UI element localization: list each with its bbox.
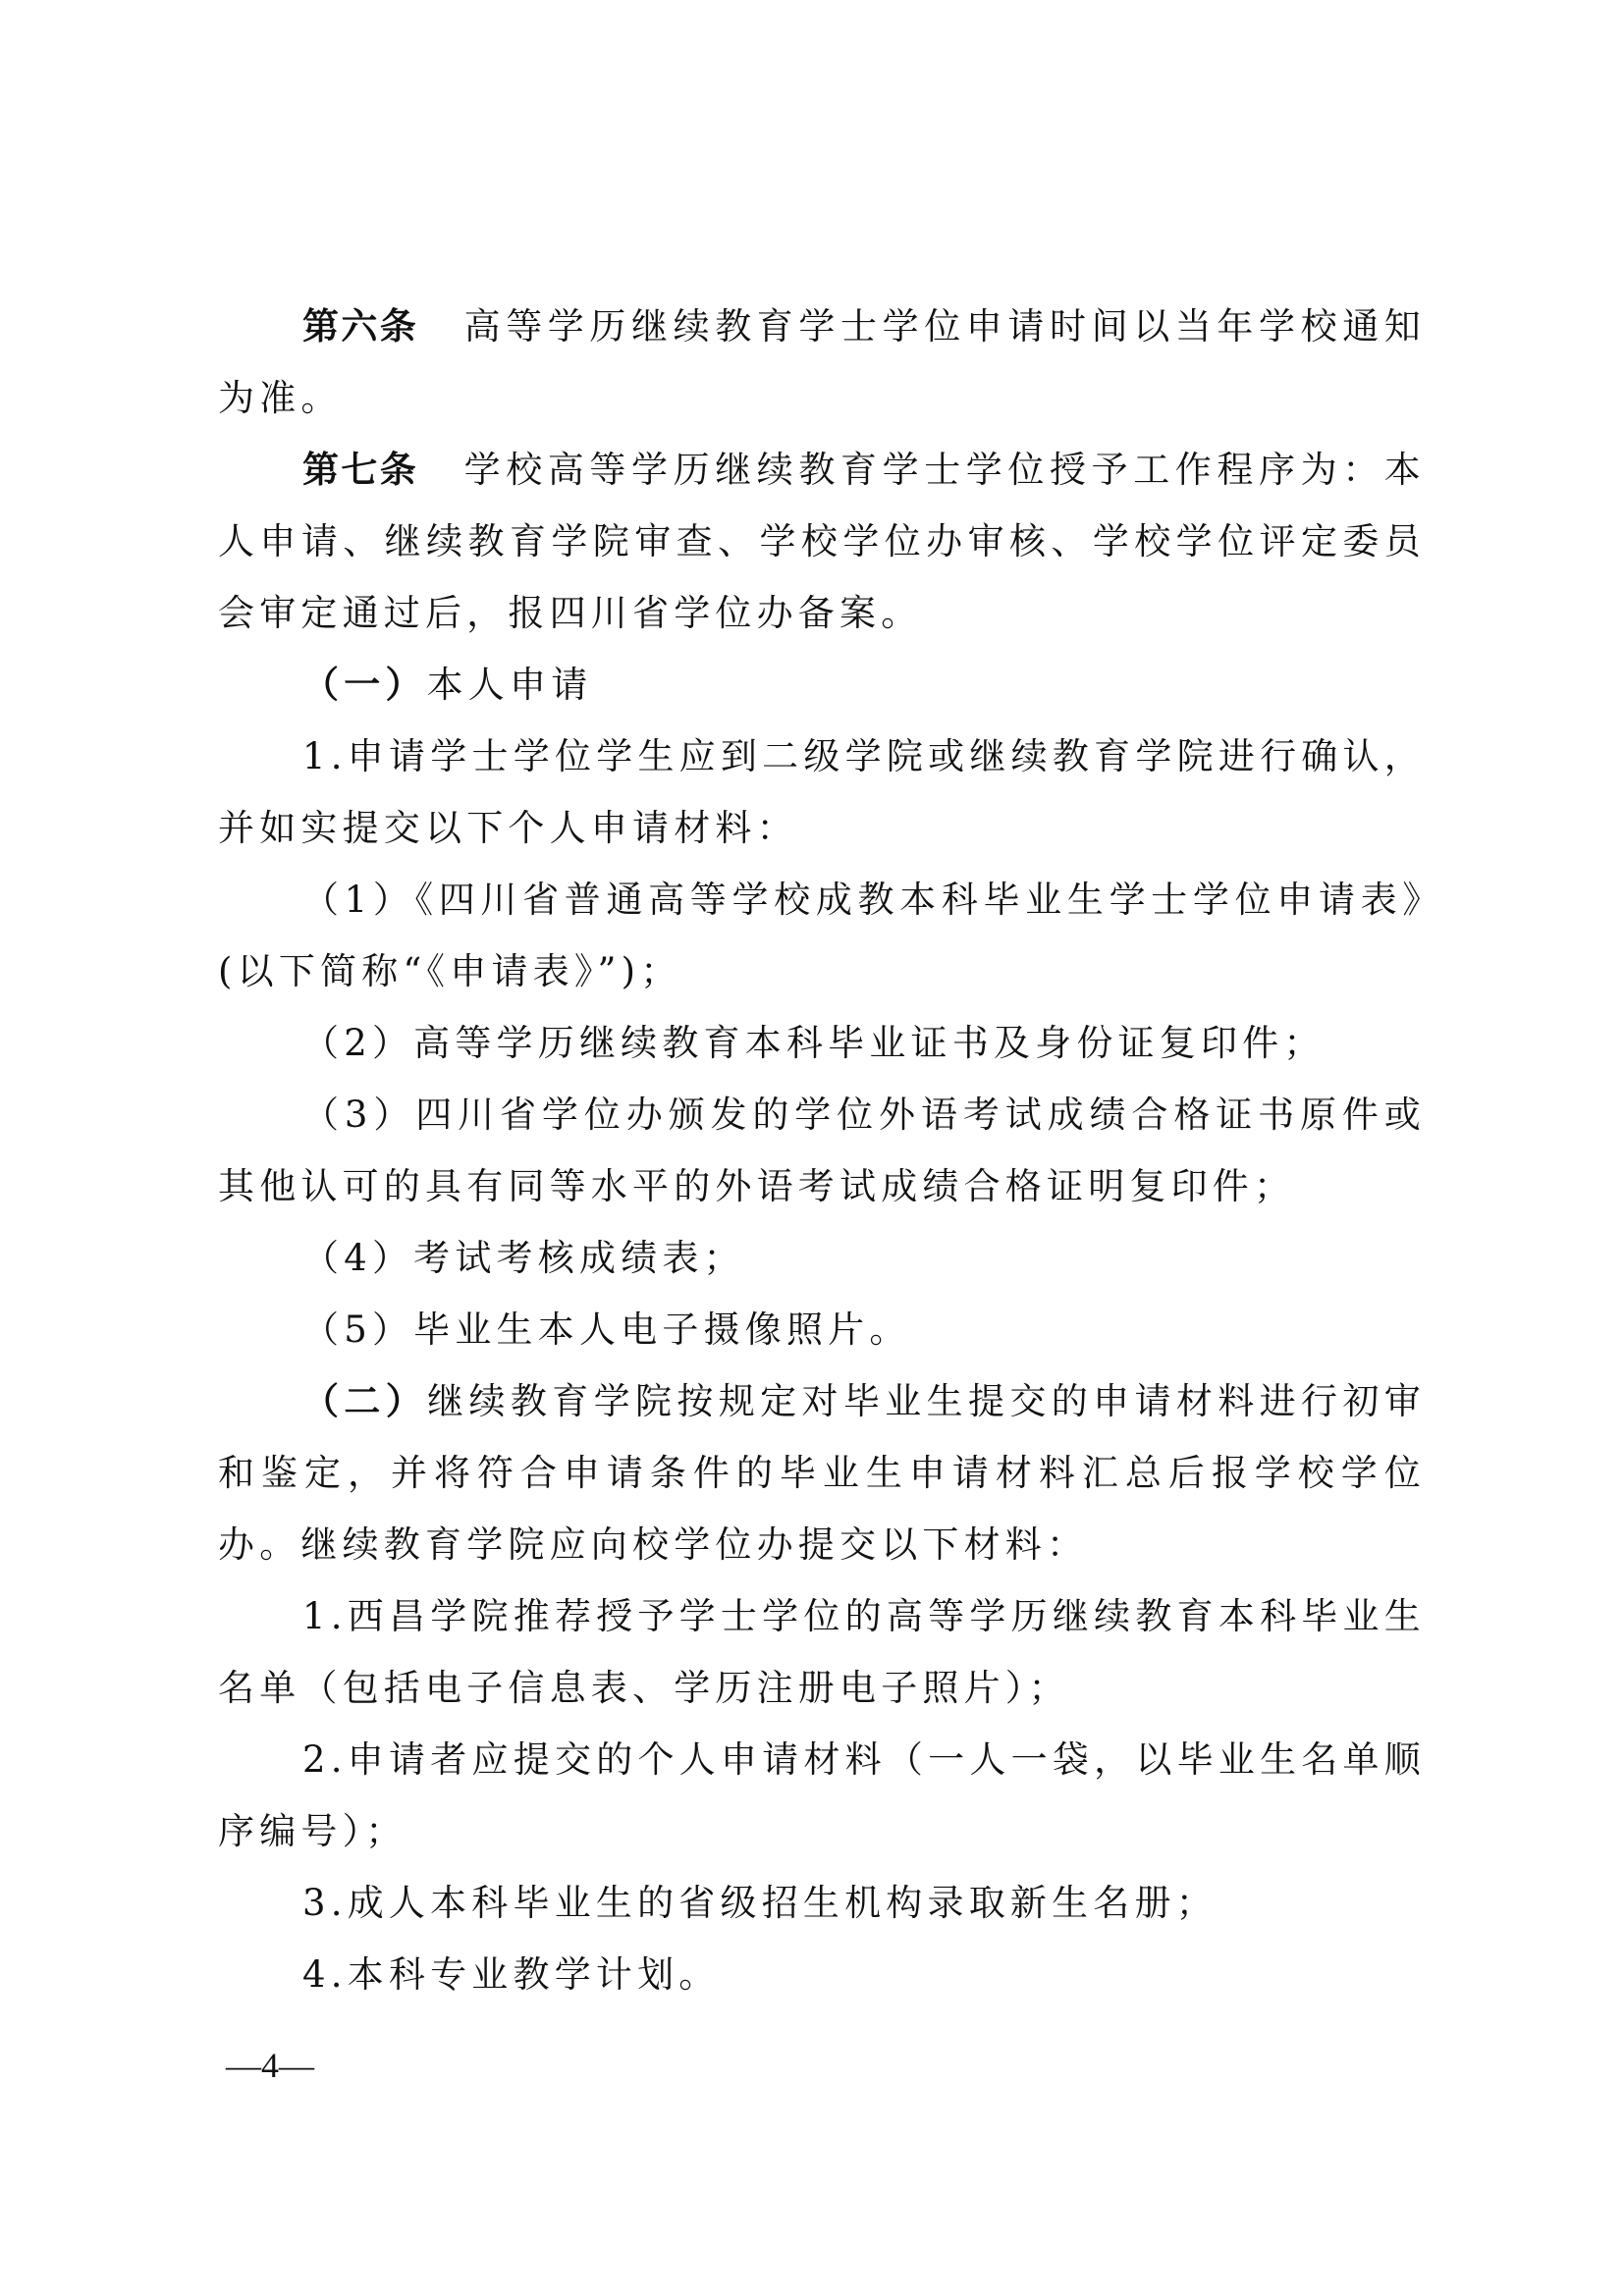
section-2: （二）继续教育学院按规定对毕业生提交的申请材料进行初审和鉴定，并将符合申请条件的… [218, 1365, 1426, 1580]
document-page: 第六条高等学历继续教育学士学位申请时间以当年学校通知为准。 第七条学校高等学历继… [218, 291, 1426, 2010]
section-2-label: （二） [302, 1380, 427, 1422]
section-1-title: 本人申请 [427, 664, 593, 706]
material-item-3: （3）四川省学位办颁发的学位外语考试成绩合格证书原件或其他认可的具有同等水平的外… [218, 1079, 1426, 1222]
material-item-2: （2）高等学历继续教育本科毕业证书及身份证复印件； [218, 1007, 1426, 1079]
article-7: 第七条学校高等学历继续教育学士学位授予工作程序为：本人申请、继续教育学院审查、学… [218, 434, 1426, 649]
section-1-item-1: 1.申请学士学位学生应到二级学院或继续教育学院进行确认，并如实提交以下个人申请材… [218, 721, 1426, 864]
submission-item-3: 3.成人本科毕业生的省级招生机构录取新生名册； [218, 1867, 1426, 1939]
article-7-label: 第七条 [302, 449, 418, 491]
material-item-4: （4）考试考核成绩表； [218, 1222, 1426, 1294]
material-item-5: （5）毕业生本人电子摄像照片。 [218, 1294, 1426, 1365]
article-6: 第六条高等学历继续教育学士学位申请时间以当年学校通知为准。 [218, 291, 1426, 434]
section-1-heading: （一）本人申请 [218, 649, 1426, 721]
page-number: —4— [226, 2045, 314, 2086]
submission-item-4: 4.本科专业教学计划。 [218, 1939, 1426, 2010]
article-6-label: 第六条 [302, 305, 418, 347]
submission-item-1: 1.西昌学院推荐授予学士学位的高等学历继续教育本科毕业生名单（包括电子信息表、学… [218, 1580, 1426, 1724]
material-item-1: （1）《四川省普通高等学校成教本科毕业生学士学位申请表》(以下简称“《申请表》”… [218, 864, 1426, 1007]
section-1-label: （一） [302, 664, 427, 706]
submission-item-2: 2.申请者应提交的个人申请材料（一人一袋，以毕业生名单顺序编号）； [218, 1724, 1426, 1867]
